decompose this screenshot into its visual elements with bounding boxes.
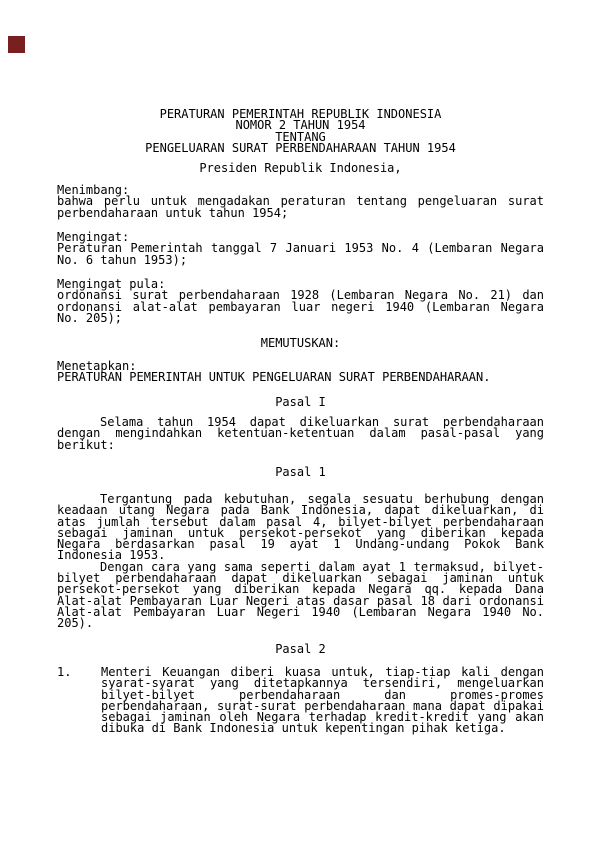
pasal-2-heading: Pasal 2 [57, 644, 544, 655]
section-mengingat-pula: Mengingat pula: ordonansi surat perbenda… [57, 279, 544, 324]
document-page: PERATURAN PEMERINTAH REPUBLIK INDONESIA … [0, 0, 595, 842]
document-title: PERATURAN PEMERINTAH REPUBLIK INDONESIA … [57, 109, 544, 154]
section-menetapkan: Menetapkan: PERATURAN PEMERINTAH UNTUK P… [57, 361, 544, 384]
pasal-i-paragraph: Selama tahun 1954 dapat dikeluarkan sura… [57, 417, 544, 451]
section-menimbang: Menimbang: bahwa perlu untuk mengadakan … [57, 185, 544, 219]
pasal-1-paragraph-2: Dengan cara yang sama seperti dalam ayat… [57, 562, 544, 630]
memutuskan-heading: MEMUTUSKAN: [57, 338, 544, 349]
title-line-4: PENGELUARAN SURAT PERBENDAHARAAN TAHUN 1… [57, 143, 544, 154]
list-item: 1. Menteri Keuangan diberi kuasa untuk, … [57, 667, 544, 735]
list-item-number: 1. [57, 667, 101, 678]
mengingat-pula-body: ordonansi surat perbendaharaan 1928 (Lem… [57, 290, 544, 324]
pasal-1-paragraph-1: Tergantung pada kebutuhan, segala sesuat… [57, 494, 544, 562]
list-item-text: Menteri Keuangan diberi kuasa untuk, tia… [101, 667, 544, 735]
mengingat-body: Peraturan Pemerintah tanggal 7 Januari 1… [57, 243, 544, 266]
corner-marker-square [8, 36, 25, 53]
section-mengingat: Mengingat: Peraturan Pemerintah tanggal … [57, 232, 544, 266]
menimbang-body: bahwa perlu untuk mengadakan peraturan t… [57, 196, 544, 219]
menetapkan-body: PERATURAN PEMERINTAH UNTUK PENGELUARAN S… [57, 372, 544, 383]
pasal-2-list: 1. Menteri Keuangan diberi kuasa untuk, … [57, 667, 544, 735]
salutation: Presiden Republik Indonesia, [57, 163, 544, 174]
pasal-i-heading: Pasal I [57, 397, 544, 408]
pasal-1-heading: Pasal 1 [57, 467, 544, 478]
pasal-1-body: Tergantung pada kebutuhan, segala sesuat… [57, 494, 544, 630]
